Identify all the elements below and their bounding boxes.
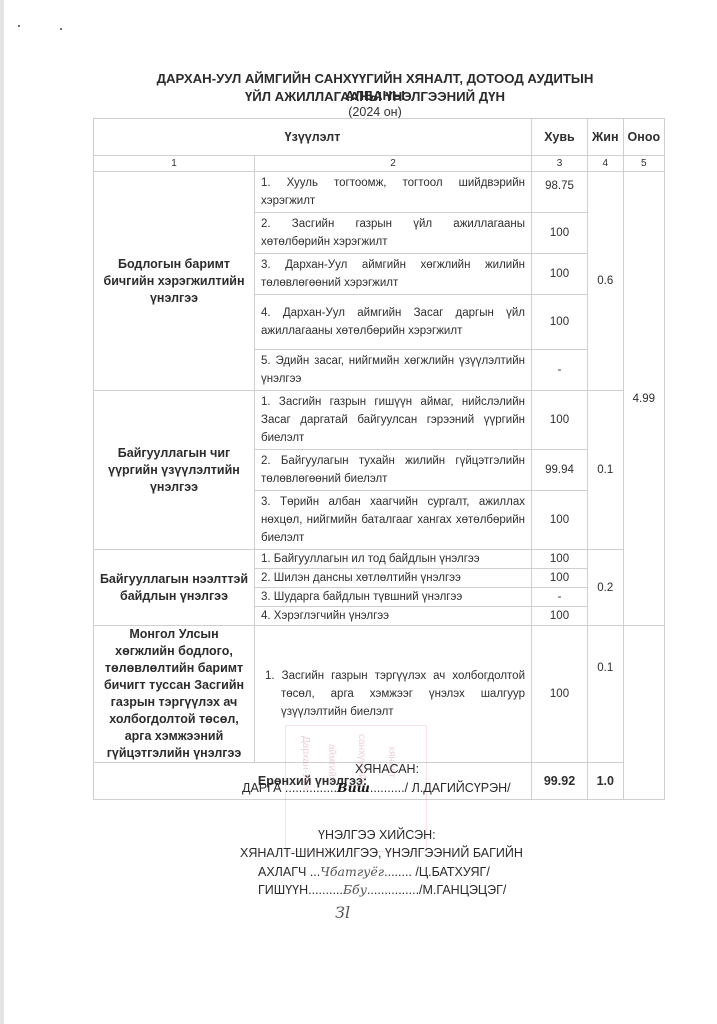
percent-cell: 100	[532, 550, 588, 569]
indicator-cell: 5. Эдийн засаг, нийгмийн хөгжлийн үзүүлэ…	[255, 350, 532, 391]
category-functional-indicators: Байгууллагын чиг үүргийн үзүүлэлтийн үнэ…	[94, 391, 255, 550]
evaluation-table: Үзүүлэлт Хувь Жин Оноо 1 2 3 4 5 Бодлогы…	[93, 118, 665, 800]
weight-cell: 0.1	[588, 391, 624, 550]
head-signature: Виш	[337, 780, 370, 795]
table-row: Байгууллагын нээлттэй байдлын үнэлгээ 1.…	[94, 550, 665, 569]
score-empty-cell	[623, 626, 665, 763]
percent-cell: 98.75	[532, 172, 588, 213]
category-policy-documents: Бодлогын баримт бичгийн хэрэгжилтийн үнэ…	[94, 172, 255, 391]
head-signature-line: ДАРГА ...............Виш........../ Л.ДА…	[242, 780, 511, 795]
percent-cell: 99.94	[532, 450, 588, 491]
header-score: Оноо	[623, 119, 665, 156]
indicator-cell: 4. Хэрэглэгчийн үнэлгээ	[255, 607, 532, 626]
document-year: (2024 он)	[150, 105, 600, 119]
indicator-cell: 2. Шилэн дансны хөтлөлтийн үнэлгээ	[255, 569, 532, 588]
scan-speck	[18, 25, 20, 27]
evaluated-label: ҮНЭЛГЭЭ ХИЙСЭН:	[318, 828, 436, 842]
header-row: Үзүүлэлт Хувь Жин Оноо	[94, 119, 665, 156]
total-weight: 1.0	[588, 763, 624, 800]
header-percent: Хувь	[532, 119, 588, 156]
reviewed-label: ХЯНАСАН:	[355, 762, 419, 776]
total-percent: 99.92	[532, 763, 588, 800]
indicator-cell: 2. Байгуулагын тухайн жилийн гүйцэтгэлий…	[255, 450, 532, 491]
total-score-empty	[623, 763, 665, 800]
scan-edge	[0, 0, 4, 1024]
weight-cell: 0.6	[588, 172, 624, 391]
percent-cell: 100	[532, 391, 588, 450]
percent-cell: 100	[532, 254, 588, 295]
column-number-row: 1 2 3 4 5	[94, 156, 665, 172]
column-number: 5	[623, 156, 665, 172]
header-weight: Жин	[588, 119, 624, 156]
column-number: 2	[255, 156, 532, 172]
column-number: 4	[588, 156, 624, 172]
indicator-cell: 4. Дархан-Уул аймгийн Засаг даргын үйл а…	[255, 295, 532, 350]
leader-signature: Чбатгуёг	[320, 864, 384, 879]
head-title: ДАРГА	[242, 781, 281, 795]
column-number: 1	[94, 156, 255, 172]
overall-score-cell: 4.99	[623, 172, 665, 626]
category-government-priorities: Монгол Улсын хөгжлийн бодлого, төлөвлөлт…	[94, 626, 255, 763]
scan-speck	[60, 28, 62, 30]
table-row: Бодлогын баримт бичгийн хэрэгжилтийн үнэ…	[94, 172, 665, 213]
initials-mark: Зl	[335, 903, 350, 922]
category-openness: Байгууллагын нээлттэй байдлын үнэлгээ	[94, 550, 255, 626]
percent-cell: 100	[532, 569, 588, 588]
indicator-cell: 1. Хууль тогтоомж, тогтоол шийдвэрийн хэ…	[255, 172, 532, 213]
weight-cell: 0.2	[588, 550, 624, 626]
head-name: / Л.ДАГИЙСҮРЭН/	[405, 781, 511, 795]
leader-title: АХЛАГЧ	[258, 865, 306, 879]
percent-cell: -	[532, 350, 588, 391]
member-signature: Ббу	[343, 882, 367, 897]
weight-cell: 0.1	[588, 626, 624, 763]
percent-cell: -	[532, 588, 588, 607]
team-title: ХЯНАЛТ-ШИНЖИЛГЭЭ, ҮНЭЛГЭЭНИЙ БАГИЙН	[240, 846, 523, 860]
member-name: /М.ГАНЦЭЦЭГ/	[419, 883, 506, 897]
member-title: ГИШҮҮН	[258, 883, 308, 897]
indicator-cell: 3. Шударга байдлын түвшний үнэлгээ	[255, 588, 532, 607]
percent-cell: 100	[532, 607, 588, 626]
leader-name: /Ц.БАТХУЯГ/	[415, 865, 489, 879]
indicator-cell: 3. Төрийн албан хаагчийн сургалт, ажилла…	[255, 491, 532, 550]
leader-signature-line: АХЛАГЧ ...Чбатгуёг........ /Ц.БАТХУЯГ/	[258, 864, 490, 879]
indicator-cell: 1. Засгийн газрын гишүүн аймаг, нийслэли…	[255, 391, 532, 450]
document-title-line2: ҮЙЛ АЖИЛЛАГААНЫ ҮНЭЛГЭЭНИЙ ДҮН	[150, 88, 600, 105]
percent-cell: 100	[532, 626, 588, 763]
member-signature-line: ГИШҮҮН..........Ббу.............../М.ГАН…	[258, 882, 506, 897]
table-row: Байгууллагын чиг үүргийн үзүүлэлтийн үнэ…	[94, 391, 665, 450]
percent-cell: 100	[532, 491, 588, 550]
indicator-cell: 1. Байгууллагын ил тод байдлын үнэлгээ	[255, 550, 532, 569]
column-number: 3	[532, 156, 588, 172]
percent-cell: 100	[532, 295, 588, 350]
indicator-cell: 2. Засгийн газрын үйл ажиллагааны хөтөлб…	[255, 213, 532, 254]
header-indicator: Үзүүлэлт	[94, 119, 532, 156]
percent-cell: 100	[532, 213, 588, 254]
indicator-cell: 3. Дархан-Уул аймгийн хөгжлийн жилийн тө…	[255, 254, 532, 295]
